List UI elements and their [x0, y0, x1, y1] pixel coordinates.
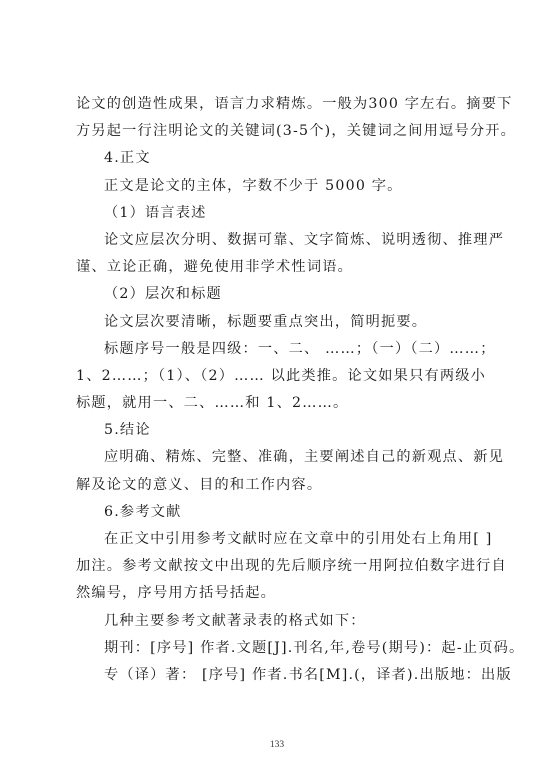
- text-line: 方另起一行注明论文的关键词(3-5个)，关键词之间用逗号分开。: [76, 118, 486, 145]
- page-body: 论文的创造性成果，语言力求精炼。一般为300 字左右。摘要下 方另起一行注明论文…: [76, 91, 486, 689]
- reference-format-book: 专（译）著： [序号] 作者.书名[M].(，译者).出版地：出版: [76, 662, 486, 689]
- section-heading-conclusion: 5.结论: [76, 417, 486, 444]
- text-line: 论文层次要清晰，标题要重点突出，简明扼要。: [76, 309, 486, 336]
- text-line: 正文是论文的主体，字数不少于 5000 字。: [76, 173, 486, 200]
- document-page: 论文的创造性成果，语言力求精炼。一般为300 字左右。摘要下 方另起一行注明论文…: [0, 0, 554, 783]
- text-line: 然编号，序号用方括号括起。: [76, 580, 486, 607]
- text-line: 谨、立论正确，避免使用非学术性词语。: [76, 254, 486, 281]
- reference-format-journal: 期刊：[序号] 作者.文题[J].刊名,年,卷号(期号)：起-止页码。: [76, 635, 486, 662]
- text-line: 几种主要参考文献著录表的格式如下：: [76, 608, 486, 635]
- text-line: 1、2……；（1）、（2）…… 以此类推。论文如果只有两级小: [76, 363, 486, 390]
- text-line: 论文的创造性成果，语言力求精炼。一般为300 字左右。摘要下: [76, 91, 486, 118]
- section-heading-main-text: 4.正文: [76, 145, 486, 172]
- subheading-levels: （2）层次和标题: [76, 281, 486, 308]
- text-line: 在正文中引用参考文献时应在文章中的引用处右上角用[ ]: [76, 526, 486, 553]
- text-line: 解及论文的意义、目的和工作内容。: [76, 472, 486, 499]
- text-line: 标题序号一般是四级：一、二、 ……；（一）（二）……；: [76, 336, 486, 363]
- text-line: 加注。参考文献按文中出现的先后顺序统一用阿拉伯数字进行自: [76, 553, 486, 580]
- section-heading-references: 6.参考文献: [76, 499, 486, 526]
- text-line: 标题，就用一、二、……和 1、2……。: [76, 390, 486, 417]
- text-line: 论文应层次分明、数据可靠、文字简炼、说明透彻、推理严: [76, 227, 486, 254]
- text-line: 应明确、精炼、完整、准确，主要阐述自己的新观点、新见: [76, 444, 486, 471]
- page-number: 133: [0, 740, 554, 750]
- subheading-language: （1）语言表述: [76, 200, 486, 227]
